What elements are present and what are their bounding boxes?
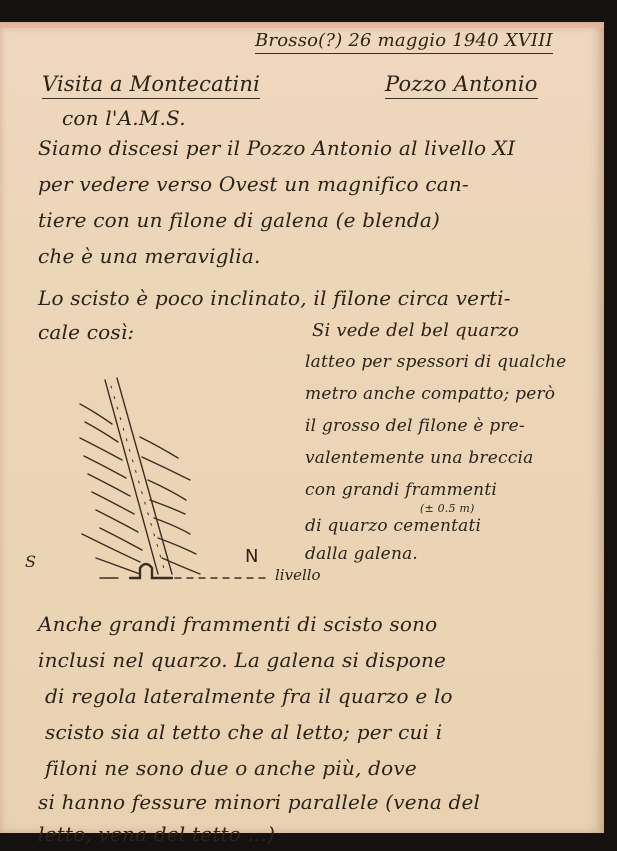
para1-line: Siamo discesi per il Pozzo Antonio al li…	[38, 136, 515, 160]
heading-title: Visita a Montecatini	[42, 72, 260, 96]
side-note-size: (± 0.5 m)	[420, 502, 475, 515]
para2-line: Lo scisto è poco inclinato, il filone ci…	[38, 286, 511, 310]
para2-line: cale così:	[38, 320, 134, 344]
heading-subtitle: con l'A.M.S.	[62, 106, 186, 130]
south-label: S	[25, 552, 36, 571]
para3-line: letto, vena del tetto ...)	[38, 822, 275, 846]
level-label: livello XI	[275, 566, 320, 584]
side-note-line: con grandi frammenti	[305, 480, 497, 500]
side-note-line: dalla galena.	[305, 544, 418, 564]
para3-line: Anche grandi frammenti di scisto sono	[38, 612, 437, 636]
para1-line: tiere con un filone di galena (e blenda)	[38, 208, 440, 232]
side-note-line: Si vede del bel quarzo	[312, 320, 519, 341]
side-note-line: latteo per spessori di qualche	[305, 352, 566, 372]
place-date-text: Brosso(?) 26 maggio 1940 XVIII	[255, 30, 553, 54]
para3-line: si hanno fessure minori parallele (vena …	[38, 790, 480, 814]
north-label: N	[245, 546, 258, 567]
cross-section-sketch: S N livello XI	[0, 362, 320, 612]
side-note-line: valentemente una breccia	[305, 448, 533, 468]
location-text: Pozzo Antonio	[385, 72, 538, 99]
para1-line: per vedere verso Ovest un magnifico can-	[38, 172, 469, 196]
place-date: Brosso(?) 26 maggio 1940 XVIII	[255, 30, 553, 51]
side-note-line: metro anche compatto; però	[305, 384, 555, 404]
side-note-line: il grosso del filone è pre-	[305, 416, 525, 436]
heading-location: Pozzo Antonio	[385, 72, 538, 96]
title-text: Visita a Montecatini	[42, 72, 260, 99]
side-note-line: di quarzo cementati	[305, 516, 481, 536]
para1-line: che è una meraviglia.	[38, 244, 261, 268]
para3-line: inclusi nel quarzo. La galena si dispone	[38, 648, 446, 672]
para3-line: filoni ne sono due o anche più, dove	[45, 756, 417, 780]
para3-line: scisto sia al tetto che al letto; per cu…	[45, 720, 442, 744]
notebook-page: Brosso(?) 26 maggio 1940 XVIII Visita a …	[0, 22, 604, 833]
para3-line: di regola lateralmente fra il quarzo e l…	[45, 684, 453, 708]
